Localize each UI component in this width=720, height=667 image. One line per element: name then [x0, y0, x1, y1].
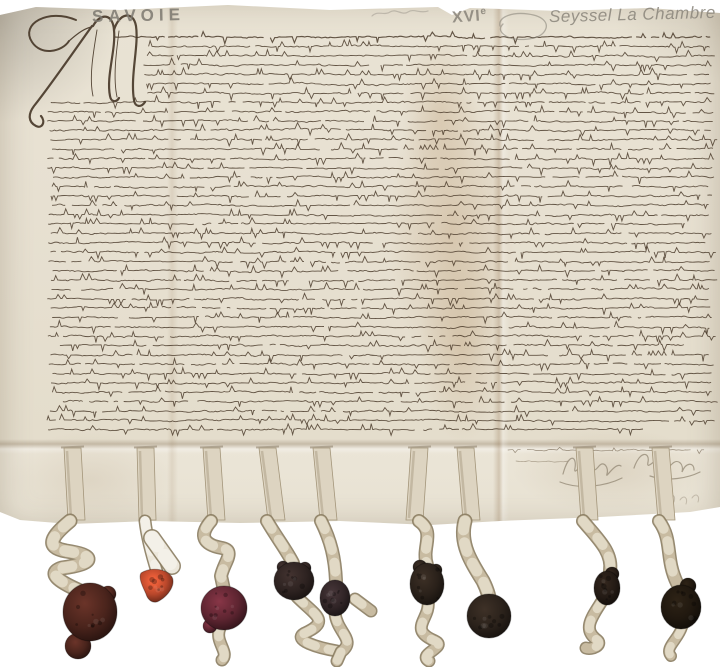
century-superscript: e [480, 6, 487, 17]
text-line [53, 265, 715, 278]
text-line [115, 32, 710, 44]
charter-photograph: SAVOIE XVIe Seyssel La Chambre [0, 0, 720, 667]
text-line [51, 349, 709, 362]
text-line [147, 77, 711, 89]
text-line [51, 274, 717, 288]
text-line [149, 40, 710, 53]
body-text-lines [47, 32, 718, 436]
text-line [63, 397, 718, 409]
text-line [52, 283, 709, 295]
wax-seal-4 [274, 561, 314, 600]
text-line [51, 246, 716, 258]
wax-seal-2 [140, 569, 173, 602]
text-line [52, 386, 711, 399]
text-line [50, 123, 711, 136]
text-line [47, 162, 712, 174]
text-line [49, 359, 714, 371]
text-line [52, 200, 709, 211]
text-line [147, 87, 714, 100]
chancery-signature [634, 454, 694, 472]
faint-pencil-mark [372, 11, 428, 16]
pencil-annotation-savoie: SAVOIE [92, 5, 185, 27]
text-line [51, 228, 712, 239]
wax-seal-1 [63, 583, 117, 659]
text-line [52, 312, 711, 323]
text-line [50, 406, 711, 418]
wax-seal-3 [201, 586, 247, 633]
text-line [53, 171, 714, 184]
text-line [47, 115, 713, 127]
wax-seal-9 [661, 578, 701, 629]
text-line [144, 68, 709, 80]
text-line [49, 209, 709, 221]
text-line [51, 191, 712, 203]
century-numeral: XVI [451, 8, 481, 27]
text-line [50, 133, 717, 146]
text-line [48, 331, 716, 343]
chancery-signature [563, 458, 621, 475]
pencil-annotation-century: XVIe [451, 6, 488, 28]
faint-date-mark [668, 495, 699, 504]
plica-note-line [508, 447, 704, 453]
text-line [60, 340, 684, 352]
parchment [0, 0, 720, 528]
wax-seal-8 [594, 567, 620, 605]
text-line [51, 377, 711, 389]
plica-note-line [516, 461, 568, 462]
text-line [48, 218, 685, 230]
text-line [53, 368, 712, 380]
text-line [48, 237, 712, 249]
ornamental-initial [29, 15, 145, 126]
text-line [52, 181, 708, 192]
text-line [49, 256, 710, 268]
text-line [52, 143, 713, 156]
text-line [50, 321, 709, 335]
text-line [51, 96, 712, 109]
text-line [147, 50, 715, 62]
chancery-signature [560, 478, 622, 486]
wax-seal-6 [410, 560, 444, 605]
pencil-circle-scribble [500, 14, 546, 40]
text-line [48, 424, 643, 436]
text-line [48, 106, 714, 118]
chancery-signature [650, 472, 700, 479]
wax-seal-7 [467, 594, 511, 638]
plica-inscriptions [508, 447, 704, 504]
hanging-seal-tags [53, 521, 682, 661]
wax-seal-5 [320, 580, 350, 616]
text-line [47, 153, 714, 165]
text-line [47, 293, 708, 306]
text-line [47, 414, 715, 425]
manuscript-text-layer [0, 0, 720, 528]
